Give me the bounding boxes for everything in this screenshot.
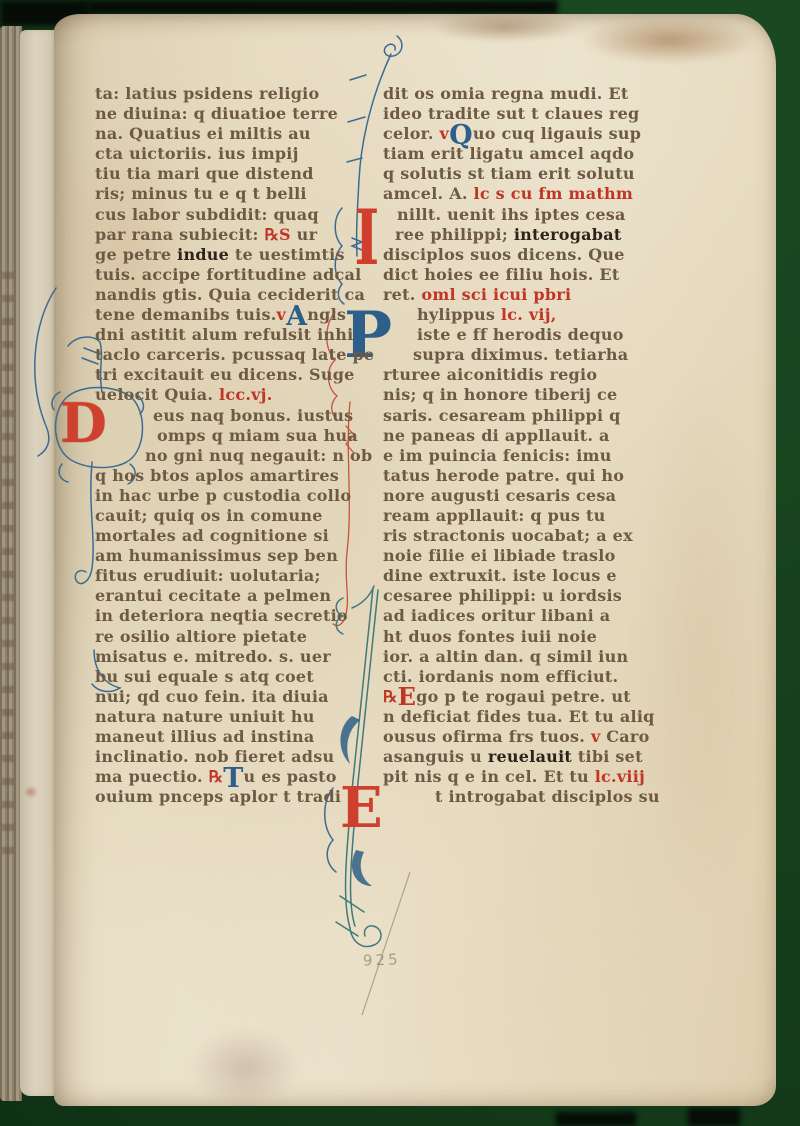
- body-text: uo cuq ligauis sup: [473, 124, 641, 143]
- text-line: nis; q in honore tiberij ce: [383, 385, 645, 405]
- text-line: hylippus lc. vij,: [383, 305, 645, 325]
- text-line: taclo carceris. pcussaq late pe: [95, 345, 357, 365]
- body-text: supra diximus. tetiarha: [413, 345, 628, 364]
- body-text: hylippus: [417, 305, 501, 324]
- body-text: ree philippi;: [395, 225, 514, 244]
- body-text: tatus herode patre. qui ho: [383, 466, 624, 485]
- body-text: saris. cesaream philippi q: [383, 406, 621, 425]
- body-text: in hac urbe p custodia collo: [95, 486, 351, 505]
- body-text: nandis gtis. Quia ceciderit ca: [95, 285, 365, 304]
- text-line: ne diuina: q diuatioe terre: [95, 104, 357, 124]
- text-line: cauit; quiq os in comune: [95, 506, 357, 526]
- body-text: tuis. accipe fortitudine adcal: [95, 265, 361, 284]
- text-line: q solutis st tiam erit solutu: [383, 164, 645, 184]
- rubric-text: lc.viij: [595, 767, 645, 786]
- body-text: interogabat: [514, 225, 622, 244]
- body-text: cti. iordanis nom efficiut.: [383, 667, 618, 686]
- body-text: tene demanibs tuis.: [95, 305, 277, 324]
- body-text: indue: [177, 245, 229, 264]
- body-text: no gni nuq negauit: n ob: [145, 446, 372, 465]
- text-line: iste e ff herodis dequo: [383, 325, 645, 345]
- text-line: ad iadices oritur libani a: [383, 606, 645, 626]
- body-text: te uestimtis: [229, 245, 345, 264]
- text-line: t introgabat disciplos su: [383, 787, 645, 807]
- text-line: eus naq bonus. iustus: [95, 406, 357, 426]
- text-line: no gni nuq negauit: n ob: [95, 446, 357, 466]
- text-line: celor. vQuo cuq ligauis sup: [383, 124, 645, 144]
- text-line: ris; minus tu e q t belli: [95, 184, 357, 204]
- text-line: omps q miam sua hua: [95, 426, 357, 446]
- text-line: tiu tia mari que distend: [95, 164, 357, 184]
- body-text: ris stractonis uocabat; a ex: [383, 526, 633, 545]
- body-text: tiu tia mari que distend: [95, 164, 314, 183]
- body-text: mortales ad cognitione si: [95, 526, 329, 545]
- text-line: ousus ofirma frs tuos. v Caro: [383, 727, 645, 747]
- text-line: bu sui equale s atq coet: [95, 667, 357, 687]
- body-text: iste e ff herodis dequo: [417, 325, 624, 344]
- folio-number: 925: [363, 950, 401, 969]
- text-line: cesaree philippi: u iordsis: [383, 586, 645, 606]
- rubric-text: ℞: [383, 687, 398, 706]
- body-text: am humanissimus sep ben: [95, 546, 338, 565]
- body-text: q solutis st tiam erit solutu: [383, 164, 635, 183]
- text-line: ma puectio. ℞Tu es pasto: [95, 767, 357, 787]
- body-text: omps q miam sua hua: [157, 426, 358, 445]
- scan-shadow-bottom-1: [556, 1112, 636, 1126]
- text-line: par rana subiecit: ℞S ur: [95, 225, 357, 245]
- body-text: nillt. uenit ihs iptes cesa: [397, 205, 626, 224]
- previous-page-edge: [20, 30, 58, 1096]
- body-text: erantui cecitate a pelmen: [95, 586, 331, 605]
- body-text: q hos btos aplos amartires: [95, 466, 339, 485]
- text-line: ne paneas di appllauit. a: [383, 426, 645, 446]
- text-line: ream appllauit: q pus tu: [383, 506, 645, 526]
- text-line: q hos btos aplos amartires: [95, 466, 357, 486]
- body-text: cauit; quiq os in comune: [95, 506, 323, 525]
- body-text: n deficiat fides tua. Et tu aliq: [383, 707, 655, 726]
- body-text: nore augusti cesaris cesa: [383, 486, 616, 505]
- body-text: bu sui equale s atq coet: [95, 667, 314, 686]
- rubric-text: ℞: [209, 767, 224, 786]
- text-line: misatus e. mitredo. s. uer: [95, 647, 357, 667]
- text-line: ouium pnceps aplor t tradi: [95, 787, 357, 807]
- body-text: cesaree philippi: u iordsis: [383, 586, 622, 605]
- body-text: misatus e. mitredo. s. uer: [95, 647, 331, 666]
- text-line: tene demanibs tuis.vAngls: [95, 305, 357, 325]
- body-text: tri excitauit eu dicens. Suge: [95, 365, 355, 384]
- body-text: dict hoies ee filiu hois. Et: [383, 265, 619, 284]
- body-text: e im puincia fenicis: imu: [383, 446, 612, 465]
- text-line: ge petre indue te uestimtis: [95, 245, 357, 265]
- body-text: dine extruxit. iste locus e: [383, 566, 617, 585]
- text-line: tri excitauit eu dicens. Suge: [95, 365, 357, 385]
- body-text: uelocit Quia.: [95, 385, 219, 404]
- body-text: par rana subiecit:: [95, 225, 264, 244]
- text-column-left: ta: latius psidens religione diuina: q d…: [95, 84, 357, 807]
- body-text: celor.: [383, 124, 440, 143]
- body-text: ne paneas di appllauit. a: [383, 426, 610, 445]
- body-text: go p te rogaui petre. ut: [416, 687, 631, 706]
- text-line: e im puincia fenicis: imu: [383, 446, 645, 466]
- text-line: in hac urbe p custodia collo: [95, 486, 357, 506]
- body-text: dni astitit alum refulsit inhi: [95, 325, 354, 344]
- body-text: cus labor subdidit: quaq: [95, 205, 319, 224]
- body-text: ream appllauit: q pus tu: [383, 506, 606, 525]
- body-text: pit nis q e in cel. Et tu: [383, 767, 595, 786]
- text-line: re osilio altiore pietate: [95, 627, 357, 647]
- body-text: amcel. A.: [383, 184, 474, 203]
- rubric-text: v: [277, 305, 287, 324]
- text-line: natura nature uniuit hu: [95, 707, 357, 727]
- text-line: dit os omia regna mudi. Et: [383, 84, 645, 104]
- text-line: ret. oml sci icui pbri: [383, 285, 645, 305]
- previous-page-text-fragments: [2, 272, 14, 862]
- text-line: ideo tradite sut t claues reg: [383, 104, 645, 124]
- text-line: cta uictoriis. ius impij: [95, 144, 357, 164]
- text-line: uelocit Quia. lcc.vj.: [95, 385, 357, 405]
- body-text: ta: latius psidens religio: [95, 84, 319, 103]
- body-text: taclo carceris. pcussaq late pe: [95, 345, 374, 364]
- text-line: tatus herode patre. qui ho: [383, 466, 645, 486]
- text-line: asanguis u reuelauit tibi set: [383, 747, 645, 767]
- text-line: ℞Ego p te rogaui petre. ut: [383, 687, 645, 707]
- body-text: natura nature uniuit hu: [95, 707, 315, 726]
- body-text: inclinatio. nob fieret adsu: [95, 747, 334, 766]
- body-text: tibi set: [572, 747, 643, 766]
- body-text: dit os omia regna mudi. Et: [383, 84, 629, 103]
- text-line: am humanissimus sep ben: [95, 546, 357, 566]
- text-line: nillt. uenit ihs iptes cesa: [383, 205, 645, 225]
- body-text: ma puectio.: [95, 767, 209, 786]
- body-text: t introgabat disciplos su: [435, 787, 660, 806]
- text-line: noie filie ei libiade traslo: [383, 546, 645, 566]
- text-line: disciplos suos dicens. Que: [383, 245, 645, 265]
- text-line: ht duos fontes iuii noie: [383, 627, 645, 647]
- body-text: ris; minus tu e q t belli: [95, 184, 307, 203]
- text-line: nore augusti cesaris cesa: [383, 486, 645, 506]
- text-line: saris. cesaream philippi q: [383, 406, 645, 426]
- text-line: tuis. accipe fortitudine adcal: [95, 265, 357, 285]
- text-line: fitus erudiuit: uolutaria;: [95, 566, 357, 586]
- text-column-right: dit os omia regna mudi. Etideo tradite s…: [383, 84, 645, 807]
- text-line: na. Quatius ei miltis au: [95, 124, 357, 144]
- scan-shadow-bottom-2: [688, 1108, 740, 1126]
- text-line: tiam erit ligatu amcel aqdo: [383, 144, 645, 164]
- rubric-text: lc. vij,: [501, 305, 557, 324]
- text-line: n deficiat fides tua. Et tu aliq: [383, 707, 645, 727]
- body-text: asanguis u: [383, 747, 488, 766]
- text-line: ris stractonis uocabat; a ex: [383, 526, 645, 546]
- rubric-text: lcc.vj.: [219, 385, 273, 404]
- body-text: ur: [291, 225, 317, 244]
- body-text: nui; qd cuo fein. ita diuia: [95, 687, 329, 706]
- text-line: dni astitit alum refulsit inhi: [95, 325, 357, 345]
- body-text: ngls: [307, 305, 346, 324]
- body-text: cta uictoriis. ius impij: [95, 144, 299, 163]
- text-line: mortales ad cognitione si: [95, 526, 357, 546]
- body-text: ne diuina: q diuatioe terre: [95, 104, 338, 123]
- body-text: maneut illius ad instina: [95, 727, 315, 746]
- text-line: ree philippi; interogabat: [383, 225, 645, 245]
- body-text: Caro: [600, 727, 649, 746]
- body-text: ideo tradite sut t claues reg: [383, 104, 639, 123]
- rubric-text: lc s cu fm mathm: [474, 184, 634, 203]
- text-line: supra diximus. tetiarha: [383, 345, 645, 365]
- text-line: ior. a altin dan. q simil iun: [383, 647, 645, 667]
- rubric-text: v: [440, 124, 450, 143]
- body-text: ad iadices oritur libani a: [383, 606, 610, 625]
- manuscript-scan: D I P E ta: latius psidens religione diu…: [0, 0, 800, 1126]
- text-line: cus labor subdidit: quaq: [95, 205, 357, 225]
- text-line: dine extruxit. iste locus e: [383, 566, 645, 586]
- text-line: dict hoies ee filiu hois. Et: [383, 265, 645, 285]
- book-page-stack-edge: [0, 26, 22, 1101]
- body-text: ouium pnceps aplor t tradi: [95, 787, 341, 806]
- body-text: in deteriora neqtia secretio: [95, 606, 348, 625]
- text-line: ta: latius psidens religio: [95, 84, 357, 104]
- rubric-text: oml sci icui pbri: [421, 285, 571, 304]
- text-line: maneut illius ad instina: [95, 727, 357, 747]
- text-line: nui; qd cuo fein. ita diuia: [95, 687, 357, 707]
- body-text: disciplos suos dicens. Que: [383, 245, 625, 264]
- body-text: nis; q in honore tiberij ce: [383, 385, 617, 404]
- body-text: rturee aiconitidis regio: [383, 365, 597, 384]
- body-text: noie filie ei libiade traslo: [383, 546, 616, 565]
- scan-shadow-top: [88, 0, 558, 14]
- text-line: rturee aiconitidis regio: [383, 365, 645, 385]
- body-text: ge petre: [95, 245, 177, 264]
- body-text: fitus erudiuit: uolutaria;: [95, 566, 321, 585]
- text-line: erantui cecitate a pelmen: [95, 586, 357, 606]
- text-line: amcel. A. lc s cu fm mathm: [383, 184, 645, 204]
- body-text: re osilio altiore pietate: [95, 627, 307, 646]
- body-text: u es pasto: [244, 767, 337, 786]
- body-text: eus naq bonus. iustus: [153, 406, 353, 425]
- text-line: nandis gtis. Quia ceciderit ca: [95, 285, 357, 305]
- text-line: cti. iordanis nom efficiut.: [383, 667, 645, 687]
- rubric-text: ℞S: [264, 225, 290, 244]
- body-text: na. Quatius ei miltis au: [95, 124, 311, 143]
- body-text: ret.: [383, 285, 421, 304]
- body-text: reuelauit: [488, 747, 572, 766]
- text-line: pit nis q e in cel. Et tu lc.viij: [383, 767, 645, 787]
- body-text: ousus ofirma frs tuos.: [383, 727, 591, 746]
- body-text: ht duos fontes iuii noie: [383, 627, 597, 646]
- body-text: tiam erit ligatu amcel aqdo: [383, 144, 634, 163]
- text-line: in deteriora neqtia secretio: [95, 606, 357, 626]
- body-text: ior. a altin dan. q simil iun: [383, 647, 628, 666]
